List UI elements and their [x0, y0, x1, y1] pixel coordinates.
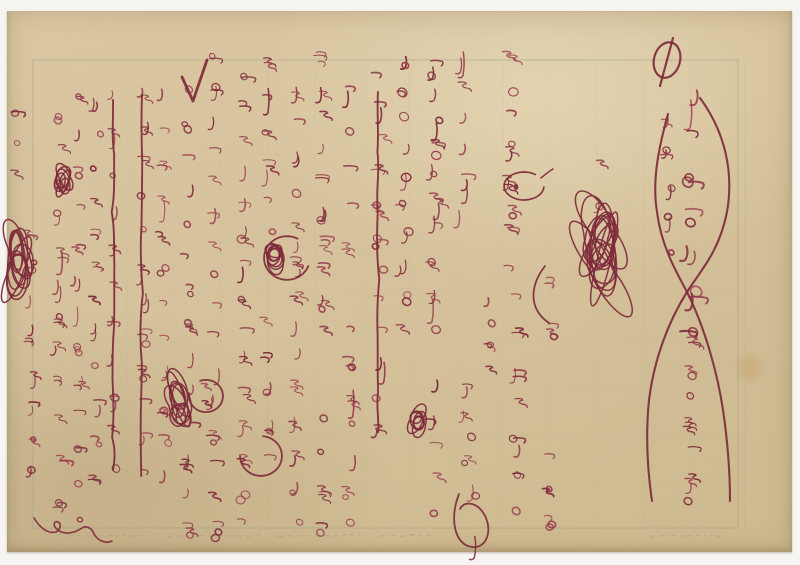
paper-grain-texture	[7, 11, 792, 552]
ink-and-grid-canvas	[0, 0, 800, 565]
paper-stain-layer	[737, 355, 763, 381]
scanned-manuscript	[0, 0, 800, 565]
